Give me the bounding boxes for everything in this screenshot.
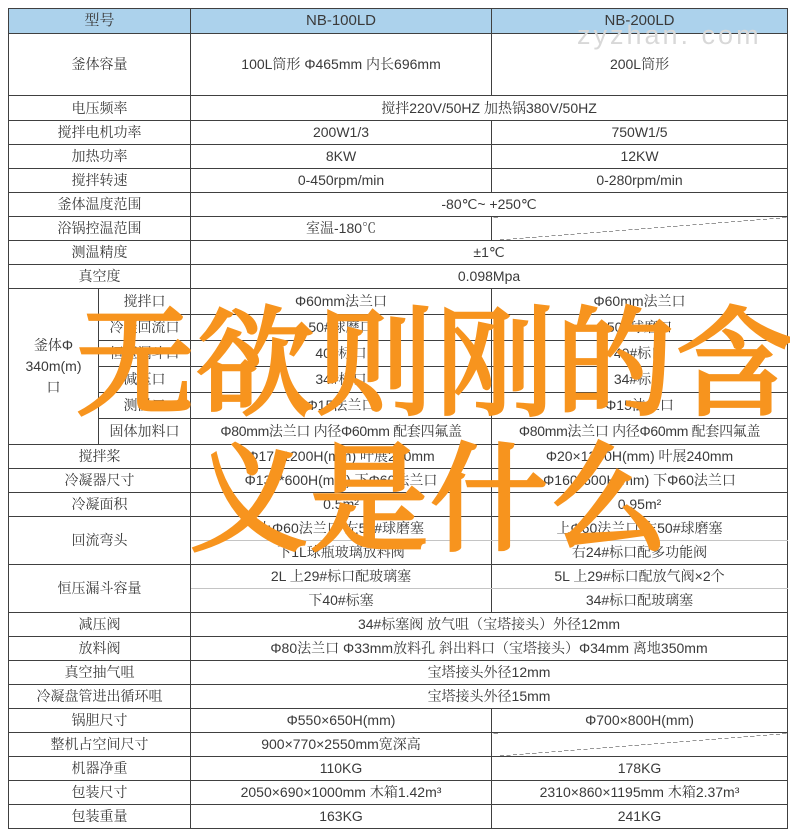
label-cell: 固体加料口 bbox=[99, 419, 191, 445]
row-discharge-valve: 放料阀 Φ80法兰口 Φ33mm放料孔 斜出料口（宝塔接头）Φ34mm 离地35… bbox=[9, 637, 788, 661]
value-cell: 241KG bbox=[492, 805, 788, 829]
value-cell: Φ550×650H(mm) bbox=[191, 709, 492, 733]
row-coil-nozzle: 冷凝盘管进出循环咀 宝塔接头外径15mm bbox=[9, 685, 788, 709]
value-cell: 0-450rpm/min bbox=[191, 169, 492, 193]
label-cell: 冷凝回流口 bbox=[99, 315, 191, 341]
value-cell: 8KW bbox=[191, 145, 492, 169]
label-cell: 包装尺寸 bbox=[9, 781, 191, 805]
label-cell: 电压频率 bbox=[9, 96, 191, 121]
label-cell: 恒压漏斗口 bbox=[99, 341, 191, 367]
row-pack-size: 包装尺寸 2050×690×1000mm 木箱1.42m³ 2310×860×1… bbox=[9, 781, 788, 805]
label-cell: 搅拌桨 bbox=[9, 445, 191, 469]
row-pack-weight: 包装重量 163KG 241KG bbox=[9, 805, 788, 829]
value-cell: 34#标口配玻璃塞 bbox=[492, 589, 788, 613]
value-cell: Φ700×800H(mm) bbox=[492, 709, 788, 733]
value-cell: 50#球磨口 bbox=[492, 315, 788, 341]
label-cell: 釜体容量 bbox=[9, 34, 191, 96]
value-cell: 5L 上29#标口配放气阀×2个 bbox=[492, 565, 788, 589]
label-cell: 恒压漏斗容量 bbox=[9, 565, 191, 613]
value-cell: 上Φ60法兰口 左50#球磨塞 bbox=[191, 517, 492, 541]
value-cell: Φ20×1300H(mm) 叶展240mm bbox=[492, 445, 788, 469]
label-cell: 真空抽气咀 bbox=[9, 661, 191, 685]
value-cell: Φ130*600H(mm) 下Φ60法兰口 bbox=[191, 469, 492, 493]
label-cell: 机器净重 bbox=[9, 757, 191, 781]
value-cell: 12KW bbox=[492, 145, 788, 169]
label-cell: 放料阀 bbox=[9, 637, 191, 661]
value-cell-span: ±1℃ bbox=[191, 241, 788, 265]
value-cell: 40#标口 bbox=[492, 341, 788, 367]
value-cell: 下1L球瓶玻璃放料阀 bbox=[191, 541, 492, 565]
value-cell: 2L 上29#标口配玻璃塞 bbox=[191, 565, 492, 589]
value-cell-span: 34#标塞阀 放气咀（宝塔接头）外径12mm bbox=[191, 613, 788, 637]
row-motor-power: 搅拌电机功率 200W1/3 750W1/5 bbox=[9, 121, 788, 145]
value-cell: 0-280rpm/min bbox=[492, 169, 788, 193]
value-cell: 2310×860×1195mm 木箱2.37m³ bbox=[492, 781, 788, 805]
ports-group-label-line: 釜体Φ bbox=[11, 335, 96, 356]
row-port-reflux: 冷凝回流口 50#球磨口 50#球磨口 bbox=[9, 315, 788, 341]
row-temp-accuracy: 测温精度 ±1℃ bbox=[9, 241, 788, 265]
ports-group-label-line: 340m(m) bbox=[11, 356, 96, 377]
label-cell: 冷凝盘管进出循环咀 bbox=[9, 685, 191, 709]
spec-table: 型号 NB-100LD NB-200LD 釜体容量 100L筒形 Φ465mm … bbox=[8, 8, 788, 829]
value-cell: Φ60mm法兰口 bbox=[191, 289, 492, 315]
value-cell: Φ17×1200H(mm) 叶展240mm bbox=[191, 445, 492, 469]
value-cell: 178KG bbox=[492, 757, 788, 781]
row-port-funnel: 恒压漏斗口 40#标口 40#标口 bbox=[9, 341, 788, 367]
label-cell: 搅拌电机功率 bbox=[9, 121, 191, 145]
value-cell: Φ60mm法兰口 bbox=[492, 289, 788, 315]
row-reflux-elbow: 回流弯头 上Φ60法兰口 左50#球磨塞 上Φ60法兰口 左50#球磨塞 bbox=[9, 517, 788, 541]
label-cell: 回流弯头 bbox=[9, 517, 191, 565]
row-condenser-size: 冷凝器尺寸 Φ130*600H(mm) 下Φ60法兰口 Φ160*600H(mm… bbox=[9, 469, 788, 493]
value-cell: Φ80mm法兰口 内径Φ60mm 配套四氟盖 bbox=[492, 419, 788, 445]
value-cell: 右24#标口配多功能阀 bbox=[492, 541, 788, 565]
label-cell: 包装重量 bbox=[9, 805, 191, 829]
value-cell: 34#标口 bbox=[191, 367, 492, 393]
value-cell: 下40#标塞 bbox=[191, 589, 492, 613]
label-cell: 测温精度 bbox=[9, 241, 191, 265]
value-cell-span: -80℃~ +250℃ bbox=[191, 193, 788, 217]
value-cell: 900×770×2550mm宽深高 bbox=[191, 733, 492, 757]
row-port-relief: 减压口 34#标口 34#标口 bbox=[9, 367, 788, 393]
row-vacuum-nozzle: 真空抽气咀 宝塔接头外径12mm bbox=[9, 661, 788, 685]
ports-group-label: 釜体Φ 340m(m) 口 bbox=[9, 289, 99, 445]
value-cell: 200W1/3 bbox=[191, 121, 492, 145]
row-voltage: 电压频率 搅拌220V/50HZ 加热锅380V/50HZ bbox=[9, 96, 788, 121]
row-temp-range: 釜体温度范围 -80℃~ +250℃ bbox=[9, 193, 788, 217]
value-cell: Φ80mm法兰口 内径Φ60mm 配套四氟盖 bbox=[191, 419, 492, 445]
row-pot-size: 锅胆尺寸 Φ550×650H(mm) Φ700×800H(mm) bbox=[9, 709, 788, 733]
row-port-solid-feed: 固体加料口 Φ80mm法兰口 内径Φ60mm 配套四氟盖 Φ80mm法兰口 内径… bbox=[9, 419, 788, 445]
row-funnel-capacity: 恒压漏斗容量 2L 上29#标口配玻璃塞 5L 上29#标口配放气阀×2个 bbox=[9, 565, 788, 589]
crossed-out-cell bbox=[492, 217, 788, 241]
label-cell: 搅拌口 bbox=[99, 289, 191, 315]
value-cell-span: 0.098Mpa bbox=[191, 265, 788, 289]
value-cell: Φ15法兰口 bbox=[191, 393, 492, 419]
row-net-weight: 机器净重 110KG 178KG bbox=[9, 757, 788, 781]
label-cell: 釜体温度范围 bbox=[9, 193, 191, 217]
label-cell: 冷凝器尺寸 bbox=[9, 469, 191, 493]
value-cell: Φ160*600H(mm) 下Φ60法兰口 bbox=[492, 469, 788, 493]
value-cell: 0.95m² bbox=[492, 493, 788, 517]
row-heat-power: 加热功率 8KW 12KW bbox=[9, 145, 788, 169]
row-relief-valve: 减压阀 34#标塞阀 放气咀（宝塔接头）外径12mm bbox=[9, 613, 788, 637]
ports-group-label-line: 口 bbox=[11, 377, 96, 398]
label-cell: 冷凝面积 bbox=[9, 493, 191, 517]
label-cell: 真空度 bbox=[9, 265, 191, 289]
row-paddle: 搅拌桨 Φ17×1200H(mm) 叶展240mm Φ20×1300H(mm) … bbox=[9, 445, 788, 469]
value-cell: Φ15法兰口 bbox=[492, 393, 788, 419]
row-stir-speed: 搅拌转速 0-450rpm/min 0-280rpm/min bbox=[9, 169, 788, 193]
row-vacuum: 真空度 0.098Mpa bbox=[9, 265, 788, 289]
label-cell: 浴锅控温范围 bbox=[9, 217, 191, 241]
value-cell-span: Φ80法兰口 Φ33mm放料孔 斜出料口（宝塔接头）Φ34mm 离地350mm bbox=[191, 637, 788, 661]
value-cell: 750W1/5 bbox=[492, 121, 788, 145]
value-cell-span: 搅拌220V/50HZ 加热锅380V/50HZ bbox=[191, 96, 788, 121]
value-cell: 50#球磨口 bbox=[191, 315, 492, 341]
value-cell: 0.5m² bbox=[191, 493, 492, 517]
value-cell: 室温-180℃ bbox=[191, 217, 492, 241]
value-cell-span: 宝塔接头外径15mm bbox=[191, 685, 788, 709]
value-cell: 上Φ60法兰口 左50#球磨塞 bbox=[492, 517, 788, 541]
header-row: 型号 NB-100LD NB-200LD bbox=[9, 9, 788, 34]
value-cell-span: 宝塔接头外径12mm bbox=[191, 661, 788, 685]
label-cell: 加热功率 bbox=[9, 145, 191, 169]
value-cell: 100L筒形 Φ465mm 内长696mm bbox=[191, 34, 492, 96]
value-cell: 110KG bbox=[191, 757, 492, 781]
value-cell: 2050×690×1000mm 木箱1.42m³ bbox=[191, 781, 492, 805]
row-capacity: 釜体容量 100L筒形 Φ465mm 内长696mm 200L筒形 bbox=[9, 34, 788, 96]
value-cell: 34#标口 bbox=[492, 367, 788, 393]
label-cell: 锅胆尺寸 bbox=[9, 709, 191, 733]
header-model-nb100ld: NB-100LD bbox=[191, 9, 492, 34]
value-cell: 40#标口 bbox=[191, 341, 492, 367]
crossed-out-cell bbox=[492, 733, 788, 757]
label-cell: 整机占空间尺寸 bbox=[9, 733, 191, 757]
row-port-stir: 釜体Φ 340m(m) 口 搅拌口 Φ60mm法兰口 Φ60mm法兰口 bbox=[9, 289, 788, 315]
row-condenser-area: 冷凝面积 0.5m² 0.95m² bbox=[9, 493, 788, 517]
label-cell: 减压口 bbox=[99, 367, 191, 393]
label-cell: 搅拌转速 bbox=[9, 169, 191, 193]
row-machine-size: 整机占空间尺寸 900×770×2550mm宽深高 bbox=[9, 733, 788, 757]
label-cell: 减压阀 bbox=[9, 613, 191, 637]
value-cell: 200L筒形 bbox=[492, 34, 788, 96]
row-bath-range: 浴锅控温范围 室温-180℃ bbox=[9, 217, 788, 241]
value-cell: 163KG bbox=[191, 805, 492, 829]
header-model-nb200ld: NB-200LD bbox=[492, 9, 788, 34]
row-port-temp: 测温口 Φ15法兰口 Φ15法兰口 bbox=[9, 393, 788, 419]
spec-sheet-page: zyzhan. com 型号 NB-100LD NB-200LD 釜体容量 10… bbox=[0, 0, 790, 835]
label-cell: 测温口 bbox=[99, 393, 191, 419]
header-model-label: 型号 bbox=[9, 9, 191, 34]
